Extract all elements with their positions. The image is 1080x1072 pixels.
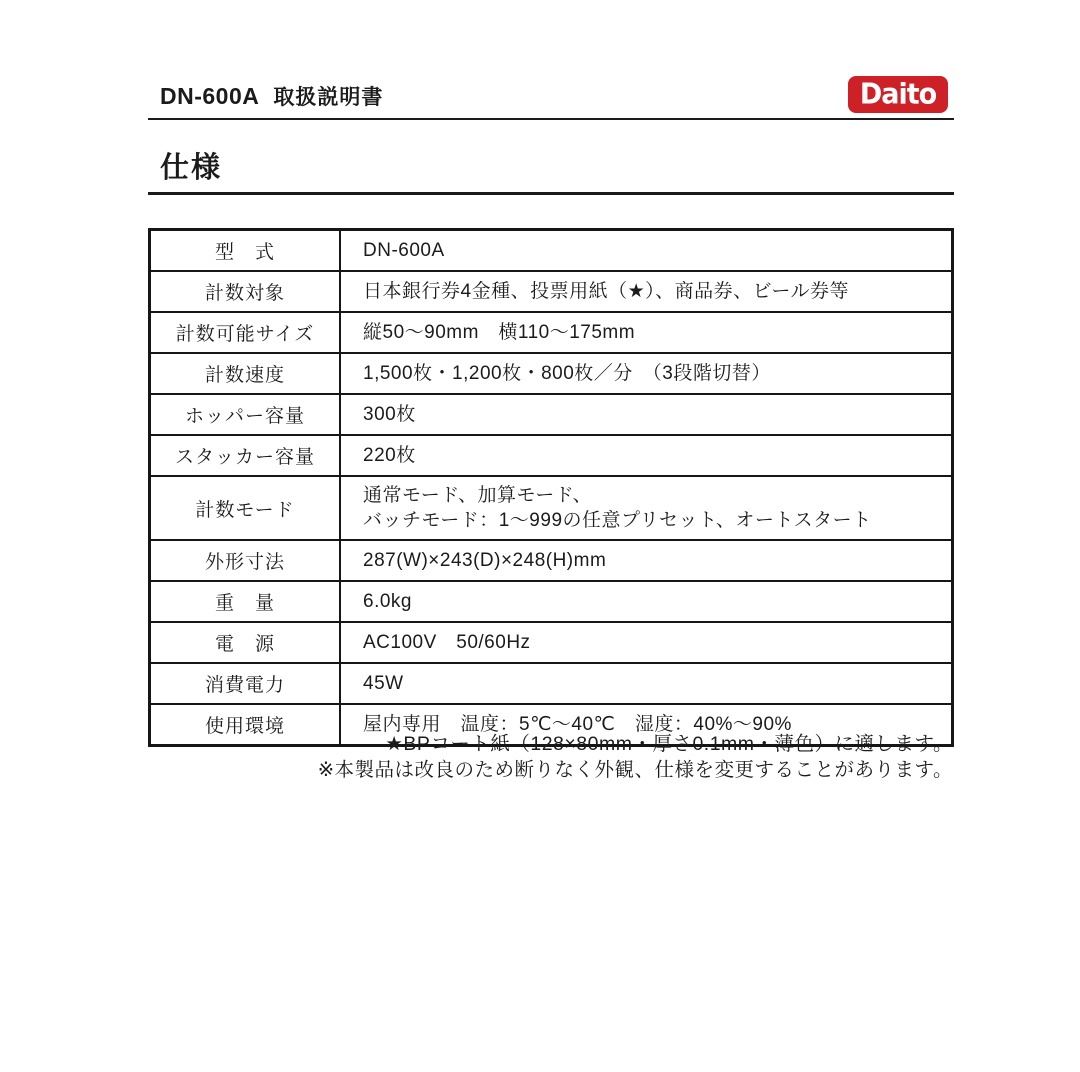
spec-row: 計数速度 1,500枚・1,200枚・800枚／分 （3段階切替） [151, 352, 951, 393]
spec-value: AC100V 50/60Hz [341, 623, 951, 662]
section-heading: 仕様 [148, 150, 954, 195]
spec-row: 計数モード 通常モード、加算モード、 バッチモード：1〜999の任意プリセット、… [151, 475, 951, 539]
footnote: ※本製品は改良のため断りなく外観、仕様を変更することがあります。 [318, 757, 953, 783]
spec-row: ホッパー容量 300枚 [151, 393, 951, 434]
footnote: ★BPコート紙（128×80mm・厚さ0.1mm・薄色）に適します。 [318, 731, 953, 757]
spec-label: 計数速度 [151, 354, 341, 393]
spec-label: 外形寸法 [151, 541, 341, 580]
spec-value: 1,500枚・1,200枚・800枚／分 （3段階切替） [341, 354, 951, 393]
spec-row: 外形寸法 287(W)×243(D)×248(H)mm [151, 539, 951, 580]
spec-value: 縦50〜90mm 横110〜175mm [341, 313, 951, 352]
spec-row: 重 量 6.0kg [151, 580, 951, 621]
manual-page: DN-600A 取扱説明書 Daito 仕様 型 式 DN-600A 計数対象 … [0, 0, 1080, 1072]
spec-label: 電 源 [151, 623, 341, 662]
spec-label: 計数モード [151, 477, 341, 539]
model-name: DN-600A [160, 83, 259, 110]
spec-value: 220枚 [341, 436, 951, 475]
spec-row: スタッカー容量 220枚 [151, 434, 951, 475]
section-title: 仕様 [148, 150, 954, 186]
daito-logo: Daito [848, 76, 948, 113]
spec-label: 重 量 [151, 582, 341, 621]
spec-value: 45W [341, 664, 951, 703]
spec-row: 計数可能サイズ 縦50〜90mm 横110〜175mm [151, 311, 951, 352]
spec-row: 型 式 DN-600A [151, 231, 951, 270]
spec-label: 計数対象 [151, 272, 341, 311]
doc-title: 取扱説明書 [273, 81, 383, 111]
spec-value: 日本銀行券4金種、投票用紙（★）、商品券、ビール券等 [341, 272, 951, 311]
spec-value: 300枚 [341, 395, 951, 434]
spec-value: 287(W)×243(D)×248(H)mm [341, 541, 951, 580]
spec-value: 通常モード、加算モード、 バッチモード：1〜999の任意プリセット、オートスター… [341, 477, 951, 539]
spec-value: DN-600A [341, 231, 951, 270]
spec-row: 電 源 AC100V 50/60Hz [151, 621, 951, 662]
spec-label: 使用環境 [151, 705, 341, 744]
spec-row: 計数対象 日本銀行券4金種、投票用紙（★）、商品券、ビール券等 [151, 270, 951, 311]
footnotes: ★BPコート紙（128×80mm・厚さ0.1mm・薄色）に適します。 ※本製品は… [318, 731, 953, 783]
spec-label: 計数可能サイズ [151, 313, 341, 352]
spec-value: 6.0kg [341, 582, 951, 621]
daito-logo-text: Daito [860, 78, 936, 110]
page-header: DN-600A 取扱説明書 Daito [148, 74, 954, 120]
spec-label: スタッカー容量 [151, 436, 341, 475]
spec-label: 型 式 [151, 231, 341, 270]
spec-row: 消費電力 45W [151, 662, 951, 703]
header-titles: DN-600A 取扱説明書 [160, 81, 383, 111]
spec-label: 消費電力 [151, 664, 341, 703]
spec-label: ホッパー容量 [151, 395, 341, 434]
spec-table: 型 式 DN-600A 計数対象 日本銀行券4金種、投票用紙（★）、商品券、ビー… [148, 228, 954, 747]
